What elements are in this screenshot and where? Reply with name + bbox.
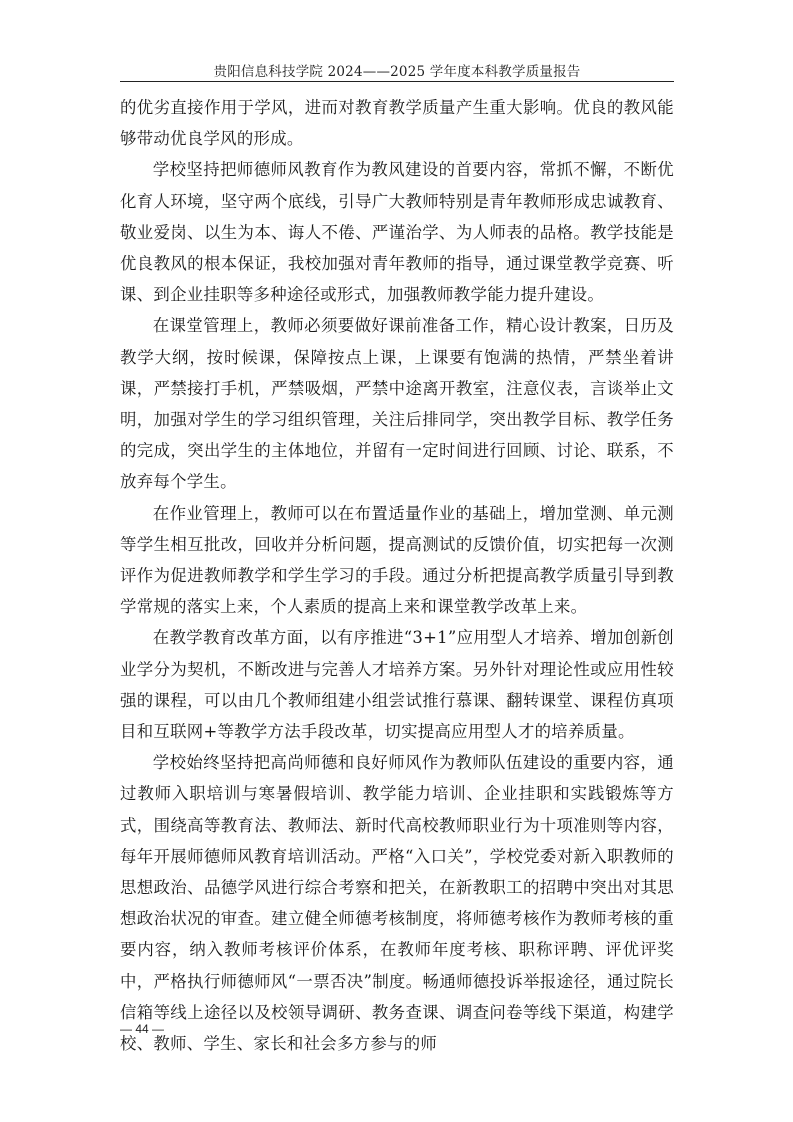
paragraph-homework-management: 在作业管理上，教师可以在布置适量作业的基础上，增加堂测、单元测等学生相互批改，回… — [120, 498, 674, 623]
paragraph-continuation: 的优劣直接作用于学风，进而对教育教学质量产生重大影响。优良的教风能够带动优良学风… — [120, 92, 674, 154]
paragraph-teaching-reform: 在教学教育改革方面，以有序推进“3+1”应用型人才培养、增加创新创业学分为契机，… — [120, 622, 674, 747]
page-header-title: 贵阳信息科技学院 2024——2025 学年度本科教学质量报告 — [120, 60, 674, 80]
paragraph-teacher-ethics: 学校坚持把师德师风教育作为教风建设的首要内容，常抓不懈，不断优化育人环境，坚守两… — [120, 154, 674, 310]
paragraph-classroom-management: 在课堂管理上，教师必须要做好课前准备工作，精心设计教案，日历及教学大纲，按时候课… — [120, 310, 674, 497]
header-divider — [120, 81, 674, 82]
document-body: 的优劣直接作用于学风，进而对教育教学质量产生重大影响。优良的教风能够带动优良学风… — [120, 92, 674, 1059]
page-number: — 44 — — [120, 1022, 164, 1036]
paragraph-staff-building: 学校始终坚持把高尚师德和良好师风作为教师队伍建设的重要内容，通过教师入职培训与寒… — [120, 747, 674, 1059]
